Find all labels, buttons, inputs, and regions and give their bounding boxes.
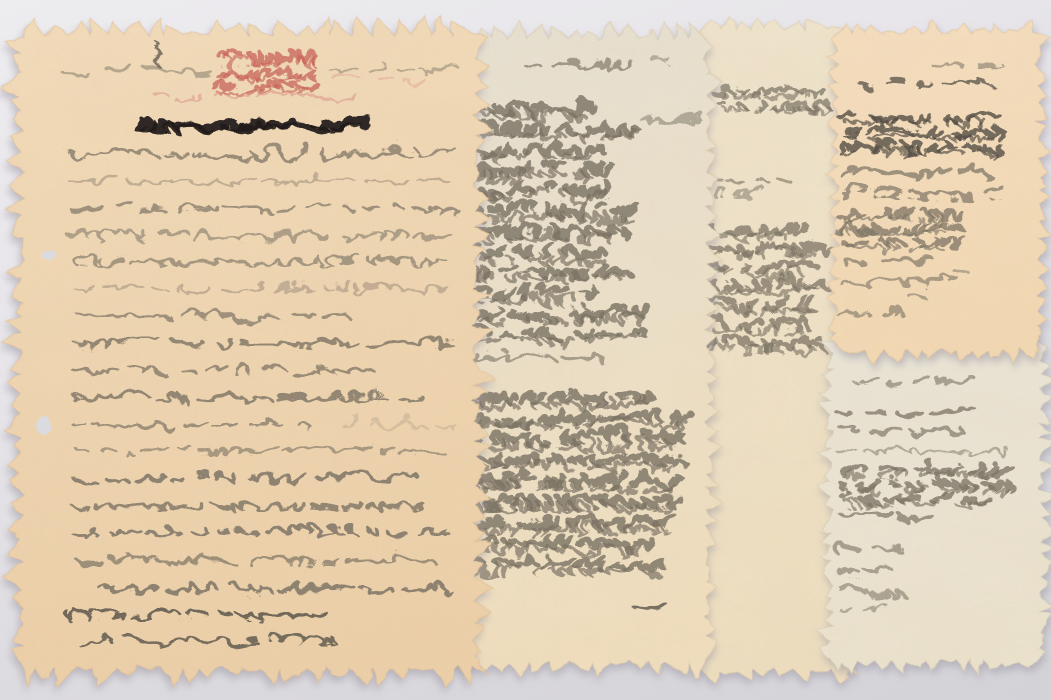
film-grain-overlay <box>0 0 1051 700</box>
photo-antique-documents <box>0 0 1051 700</box>
documents-scene <box>0 0 1051 700</box>
